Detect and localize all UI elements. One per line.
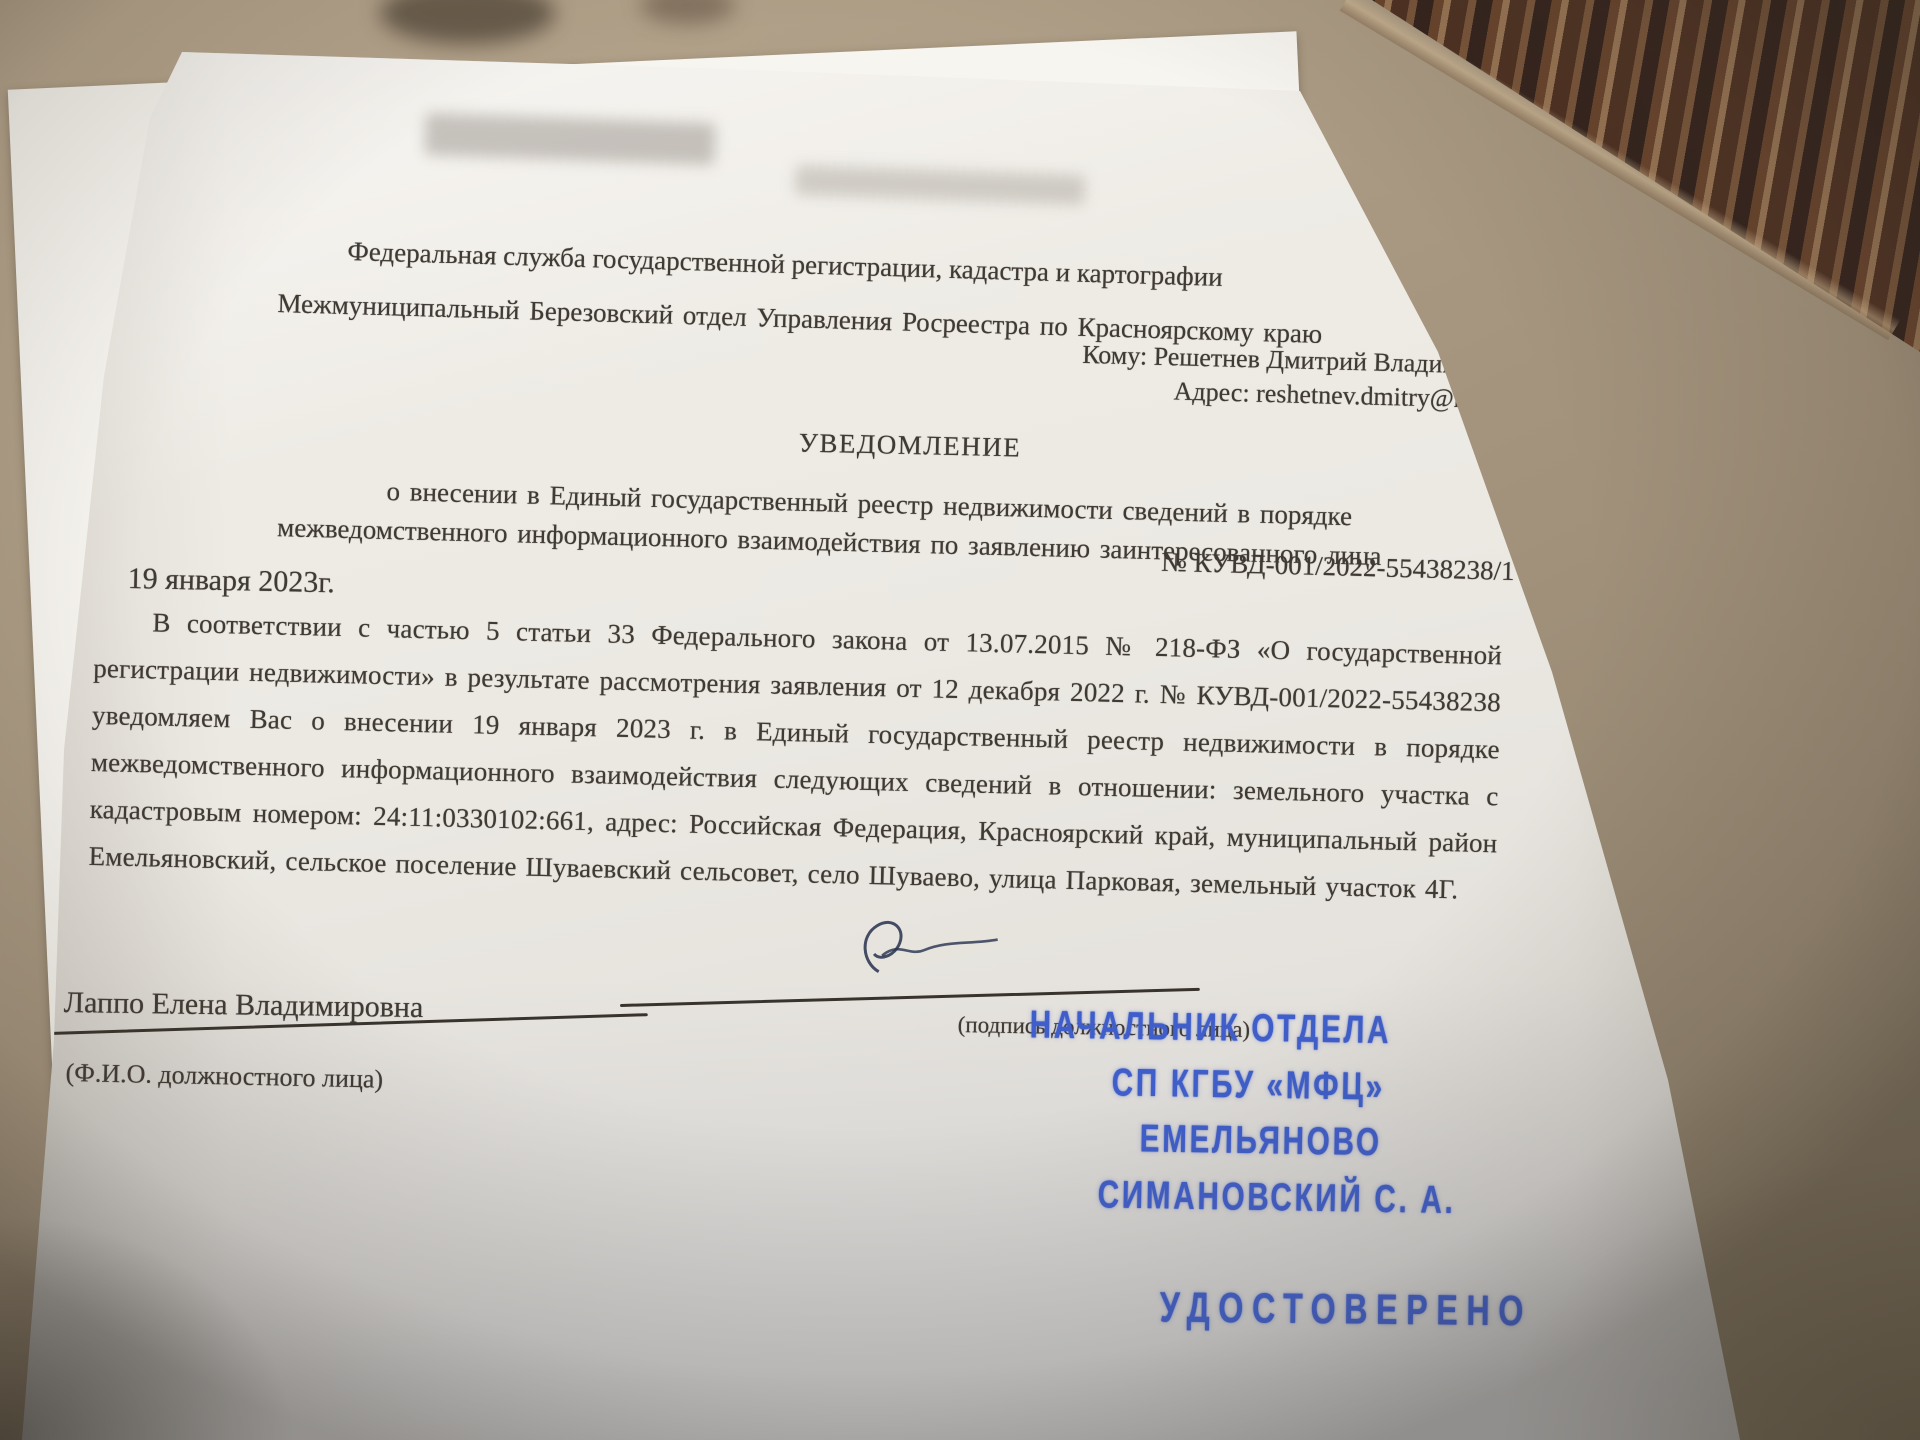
official-name: Лаппо Елена Владимировна: [64, 986, 424, 1025]
surface-shadow-blob: [380, 0, 555, 44]
doc-title: УВЕДОМЛЕНИЕ: [700, 425, 1121, 466]
certified-stamp: УДОСТОВЕРЕНО: [1159, 1284, 1532, 1337]
faded-text-smudge: [795, 165, 1086, 205]
recipient-address-line: Адрес: reshetnev.dmitry@mail.ru.: [1014, 372, 1535, 416]
faded-text-smudge: [424, 113, 715, 165]
document-paper: Федеральная служба государственной регис…: [0, 0, 1920, 1440]
official-stamp-line: СП КГБУ «МФЦ»: [1111, 1060, 1385, 1109]
doc-header-line2: Межмуниципальный Березовский отдел Управ…: [277, 288, 1323, 350]
surface-shadow-blob: [640, 0, 735, 24]
official-stamp-line: ЕМЕЛЬЯНОВО: [1139, 1116, 1382, 1165]
doc-body-paragraph: В соответствии с частью 5 статьи 33 Феде…: [88, 598, 1502, 914]
official-stamp-line: СИМАНОВСКИЙ С. А.: [1097, 1172, 1456, 1222]
doc-date: 19 января 2023г.: [127, 562, 335, 600]
document-photo-scene: Федеральная служба государственной регис…: [0, 0, 1920, 1440]
official-stamp-line: НАЧАЛЬНИК ОТДЕЛА: [1029, 1002, 1391, 1053]
official-name-caption: (Ф.И.О. должностного лица): [65, 1058, 383, 1095]
handwritten-signature: [847, 905, 1010, 996]
doc-header-line1: Федеральная служба государственной регис…: [347, 236, 1223, 293]
